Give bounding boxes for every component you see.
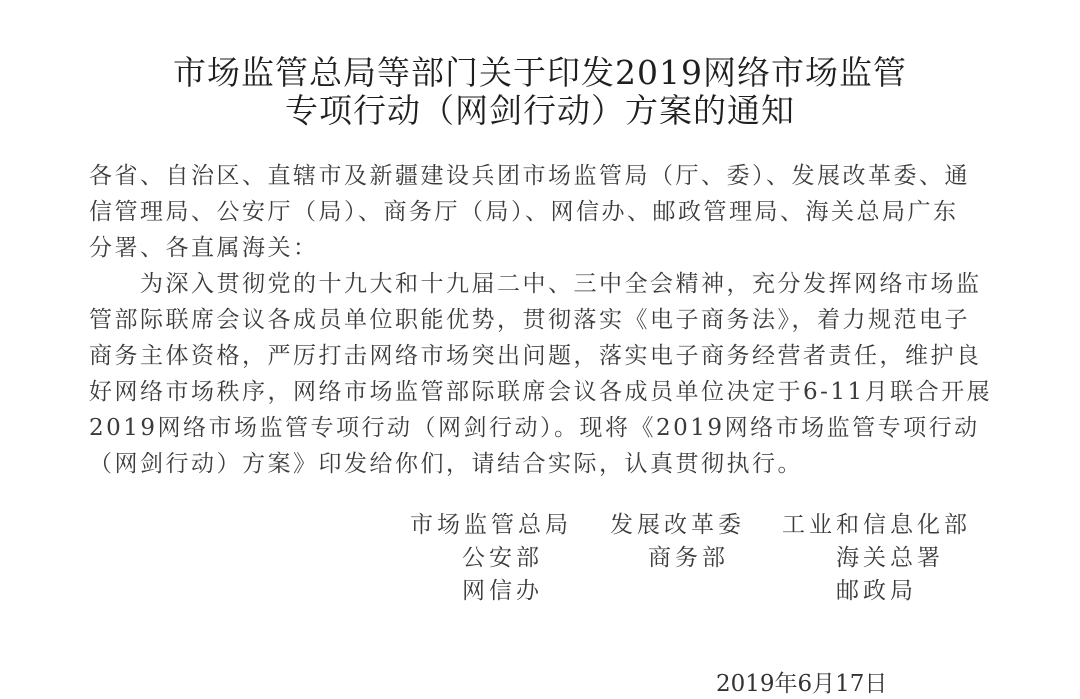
document-date: 2019年6月17日 bbox=[716, 667, 887, 699]
body-line-1: 为深入贯彻党的十九大和十九届二中、三中全会精神，充分发挥网络市场监 bbox=[89, 266, 982, 302]
body-line-5: 2019网络市场监管专项行动（网剑行动）。现将《2019网络市场监管专项行动 bbox=[89, 410, 980, 446]
document-title-line-2: 专项行动（网剑行动）方案的通知 bbox=[0, 90, 1080, 132]
signatory-miit: 工业和信息化部 bbox=[782, 508, 971, 542]
addressee-line-1: 各省、自治区、直辖市及新疆建设兵团市场监管局（厅、委）、发展改革委、通 bbox=[89, 158, 970, 194]
signatory-public-security: 公安部 bbox=[462, 541, 543, 575]
signatory-postal: 邮政局 bbox=[836, 574, 917, 608]
signatory-commerce: 商务部 bbox=[648, 541, 729, 575]
document-title-line-1: 市场监管总局等部门关于印发2019网络市场监管 bbox=[0, 52, 1080, 94]
body-line-3: 商务主体资格，严厉打击网络市场突出问题，落实电子商务经营者责任，维护良 bbox=[89, 338, 982, 374]
signatory-ndrc: 发展改革委 bbox=[610, 508, 745, 542]
body-line-6: （网剑行动）方案》印发给你们，请结合实际，认真贯彻执行。 bbox=[89, 446, 803, 482]
body-line-2: 管部际联席会议各成员单位职能优势，贯彻落实《电子商务法》，着力规范电子 bbox=[89, 302, 970, 338]
body-line-4: 好网络市场秩序，网络市场监管部际联席会议各成员单位决定于6-11月联合开展 bbox=[89, 374, 992, 410]
signatory-market-regulation: 市场监管总局 bbox=[410, 508, 572, 542]
addressee-line-3: 分署、各直属海关： bbox=[89, 230, 319, 266]
signatory-cyberspace: 网信办 bbox=[462, 574, 543, 608]
signatory-customs: 海关总署 bbox=[836, 541, 944, 575]
addressee-line-2: 信管理局、公安厅（局）、商务厅（局）、网信办、邮政管理局、海关总局广东 bbox=[89, 194, 959, 230]
